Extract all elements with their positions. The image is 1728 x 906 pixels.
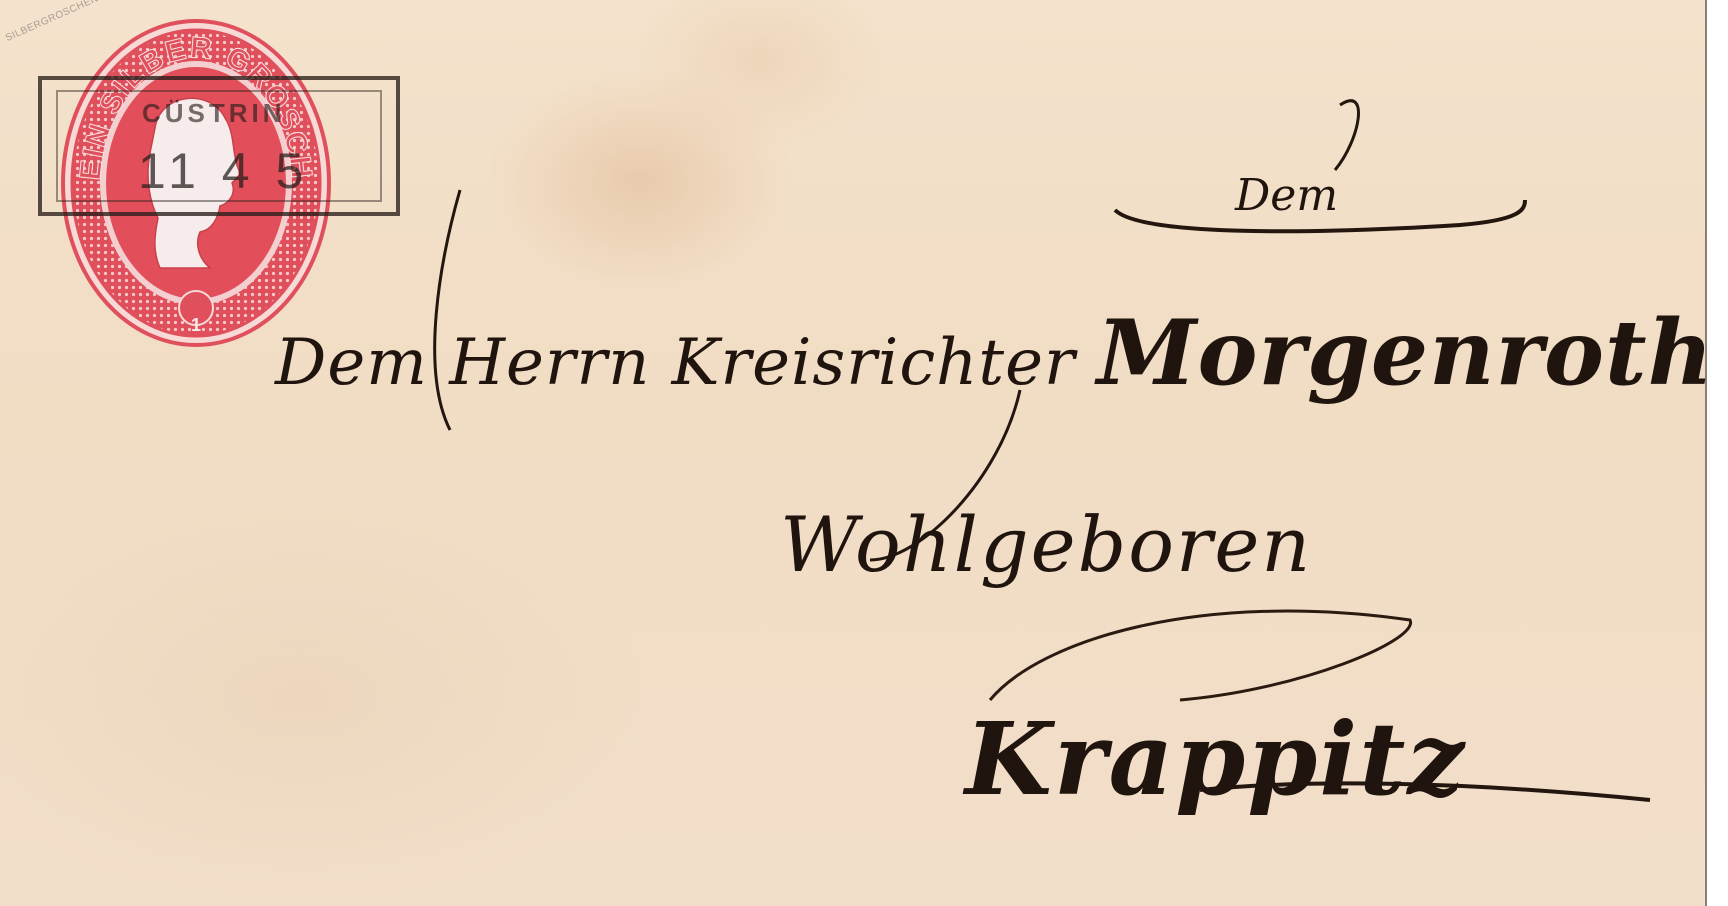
destination-town: Krappitz: [965, 700, 1466, 818]
stamp-value: 1: [185, 315, 207, 336]
recipient-name: Morgenroth: [1097, 300, 1714, 406]
address-line-1: Dem Herrn Kreisrichter Morgenroth: [275, 300, 1714, 406]
address-line-2: Wohlgeboren: [780, 500, 1312, 589]
postmark-place: CÜSTRIN: [142, 98, 286, 129]
salutation-line: Dem: [1235, 170, 1338, 221]
postmark-date: 11 4 5: [138, 142, 309, 200]
envelope: SILBERGROSCHEN EIN SILBER GROSCHEN 1 CÜ: [0, 0, 1707, 906]
postmark: CÜSTRIN 11 4 5: [38, 76, 400, 216]
address-title: Dem Herrn Kreisrichter: [275, 326, 1076, 400]
